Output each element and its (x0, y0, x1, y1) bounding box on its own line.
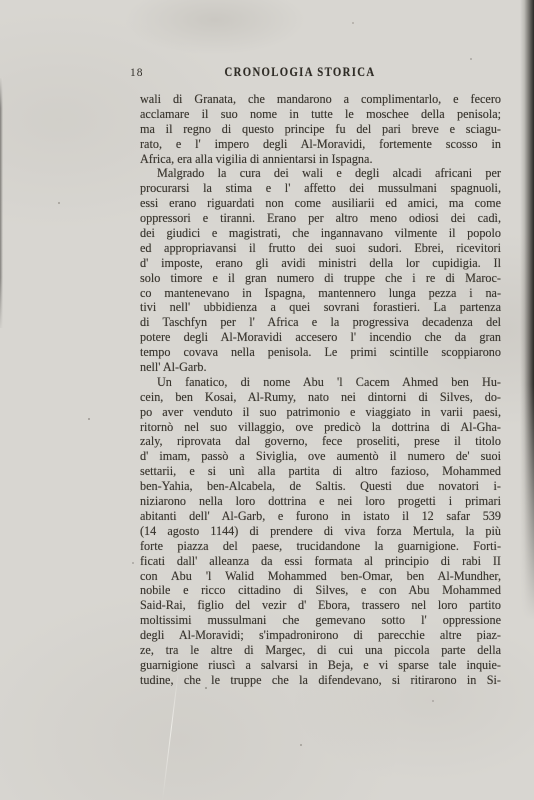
text-line: abitanti dell' Al-Garb, e furono in ista… (140, 509, 501, 524)
paper-crease (162, 668, 179, 800)
text-line: procurarsi la stima e l' affetto dei mus… (140, 181, 501, 196)
text-line: ritornò nel suo villaggio, ove predicò l… (140, 420, 501, 435)
text-line: dei giudici e magistrati, che ingannavan… (140, 226, 501, 241)
scan-edge-shadow-left (0, 78, 3, 328)
text-line: co mantenevano in Ispagna, mantennero lu… (140, 286, 501, 301)
text-line: con Abu 'l Walid Mohammed ben-Omar, ben … (140, 569, 501, 584)
text-line: tudine, che le truppe che la difendevano… (140, 673, 501, 688)
text-line: oppressori e tiranni. Erano per altro me… (140, 211, 501, 226)
text-line: ben-Yahia, ben-Alcabela, de Saltis. Ques… (140, 479, 501, 494)
text-line: d' imposte, erano gli avidi ministri del… (140, 256, 501, 271)
text-line: forte piazza del paese, trucidandone la … (140, 539, 501, 554)
text-line: nobile e ricco cittadino di Silves, e co… (140, 583, 501, 598)
running-title: CRONOLOGIA STORICA (174, 65, 426, 80)
text-line: essi erano riguardati non come ausiliari… (140, 196, 501, 211)
text-line: nell' Al-Garb. (140, 360, 501, 375)
scan-edge-shadow-right (520, 0, 534, 620)
text-line: rato, e l' impero degli Al-Moravidi, for… (140, 137, 501, 152)
text-line: (14 agosto 1144) di prendere di viva for… (140, 524, 501, 539)
text-line: degli Al-Moravidi; s'impadronirono di pa… (140, 628, 501, 643)
text-line: Said-Rai, figlio del vezir d' Ebora, tra… (140, 598, 501, 613)
text-line: acclamare il suo nome in tutte le mosche… (140, 107, 501, 122)
text-line: settarii, e si unì alla partita di altro… (140, 464, 501, 479)
text-line: Un fanatico, di nome Abu 'l Cacem Ahmed … (140, 375, 501, 390)
text-line: cein, ben Kosai, Al-Rumy, nato nei dinto… (140, 390, 501, 405)
text-line: di Taschfyn per l' Africa e la progressi… (140, 315, 501, 330)
text-line: ed appropriavansi il frutto dei suoi sud… (140, 241, 501, 256)
text-line: niziarono nella loro dottrina e nei loro… (140, 494, 501, 509)
text-line: zaly, riprovata dal governo, fece prosel… (140, 434, 501, 449)
text-line: ze, tra le altre di Margec, di cui una p… (140, 643, 501, 658)
text-line: tivi nell' ubbidienza a quei sovrani for… (140, 300, 501, 315)
text-line: ma il regno di questo principe fu del pa… (140, 122, 501, 137)
text-line: tempo covava nella penisola. Le primi sc… (140, 345, 501, 360)
text-block: wali di Granata, che mandarono a complim… (140, 92, 501, 688)
page-number: 18 (130, 67, 144, 79)
book-page-scan: 18 CRONOLOGIA STORICA wali di Granata, c… (0, 0, 534, 800)
text-line: wali di Granata, che mandarono a complim… (140, 92, 501, 107)
text-line: potere degli Al-Moravidi accesero l' inc… (140, 330, 501, 345)
text-line: ficati dall' alleanza da essi formata al… (140, 554, 501, 569)
text-line: guarnigione riuscì a salvarsi in Beja, e… (140, 658, 501, 673)
text-line: d' imam, passò a Siviglia, ove aumentò i… (140, 449, 501, 464)
text-line: Malgrado la cura dei wali e degli alcadi… (140, 166, 501, 181)
text-line: solo timore e il gran numero di truppe c… (140, 271, 501, 286)
text-line: po aver venduto il suo patrimonio e viag… (140, 405, 501, 420)
paper-specks (0, 0, 1, 1)
text-line: Africa, era alla vigilia di annientarsi … (140, 152, 501, 167)
text-line: moltissimi mussulmani che gemevano sotto… (140, 613, 501, 628)
